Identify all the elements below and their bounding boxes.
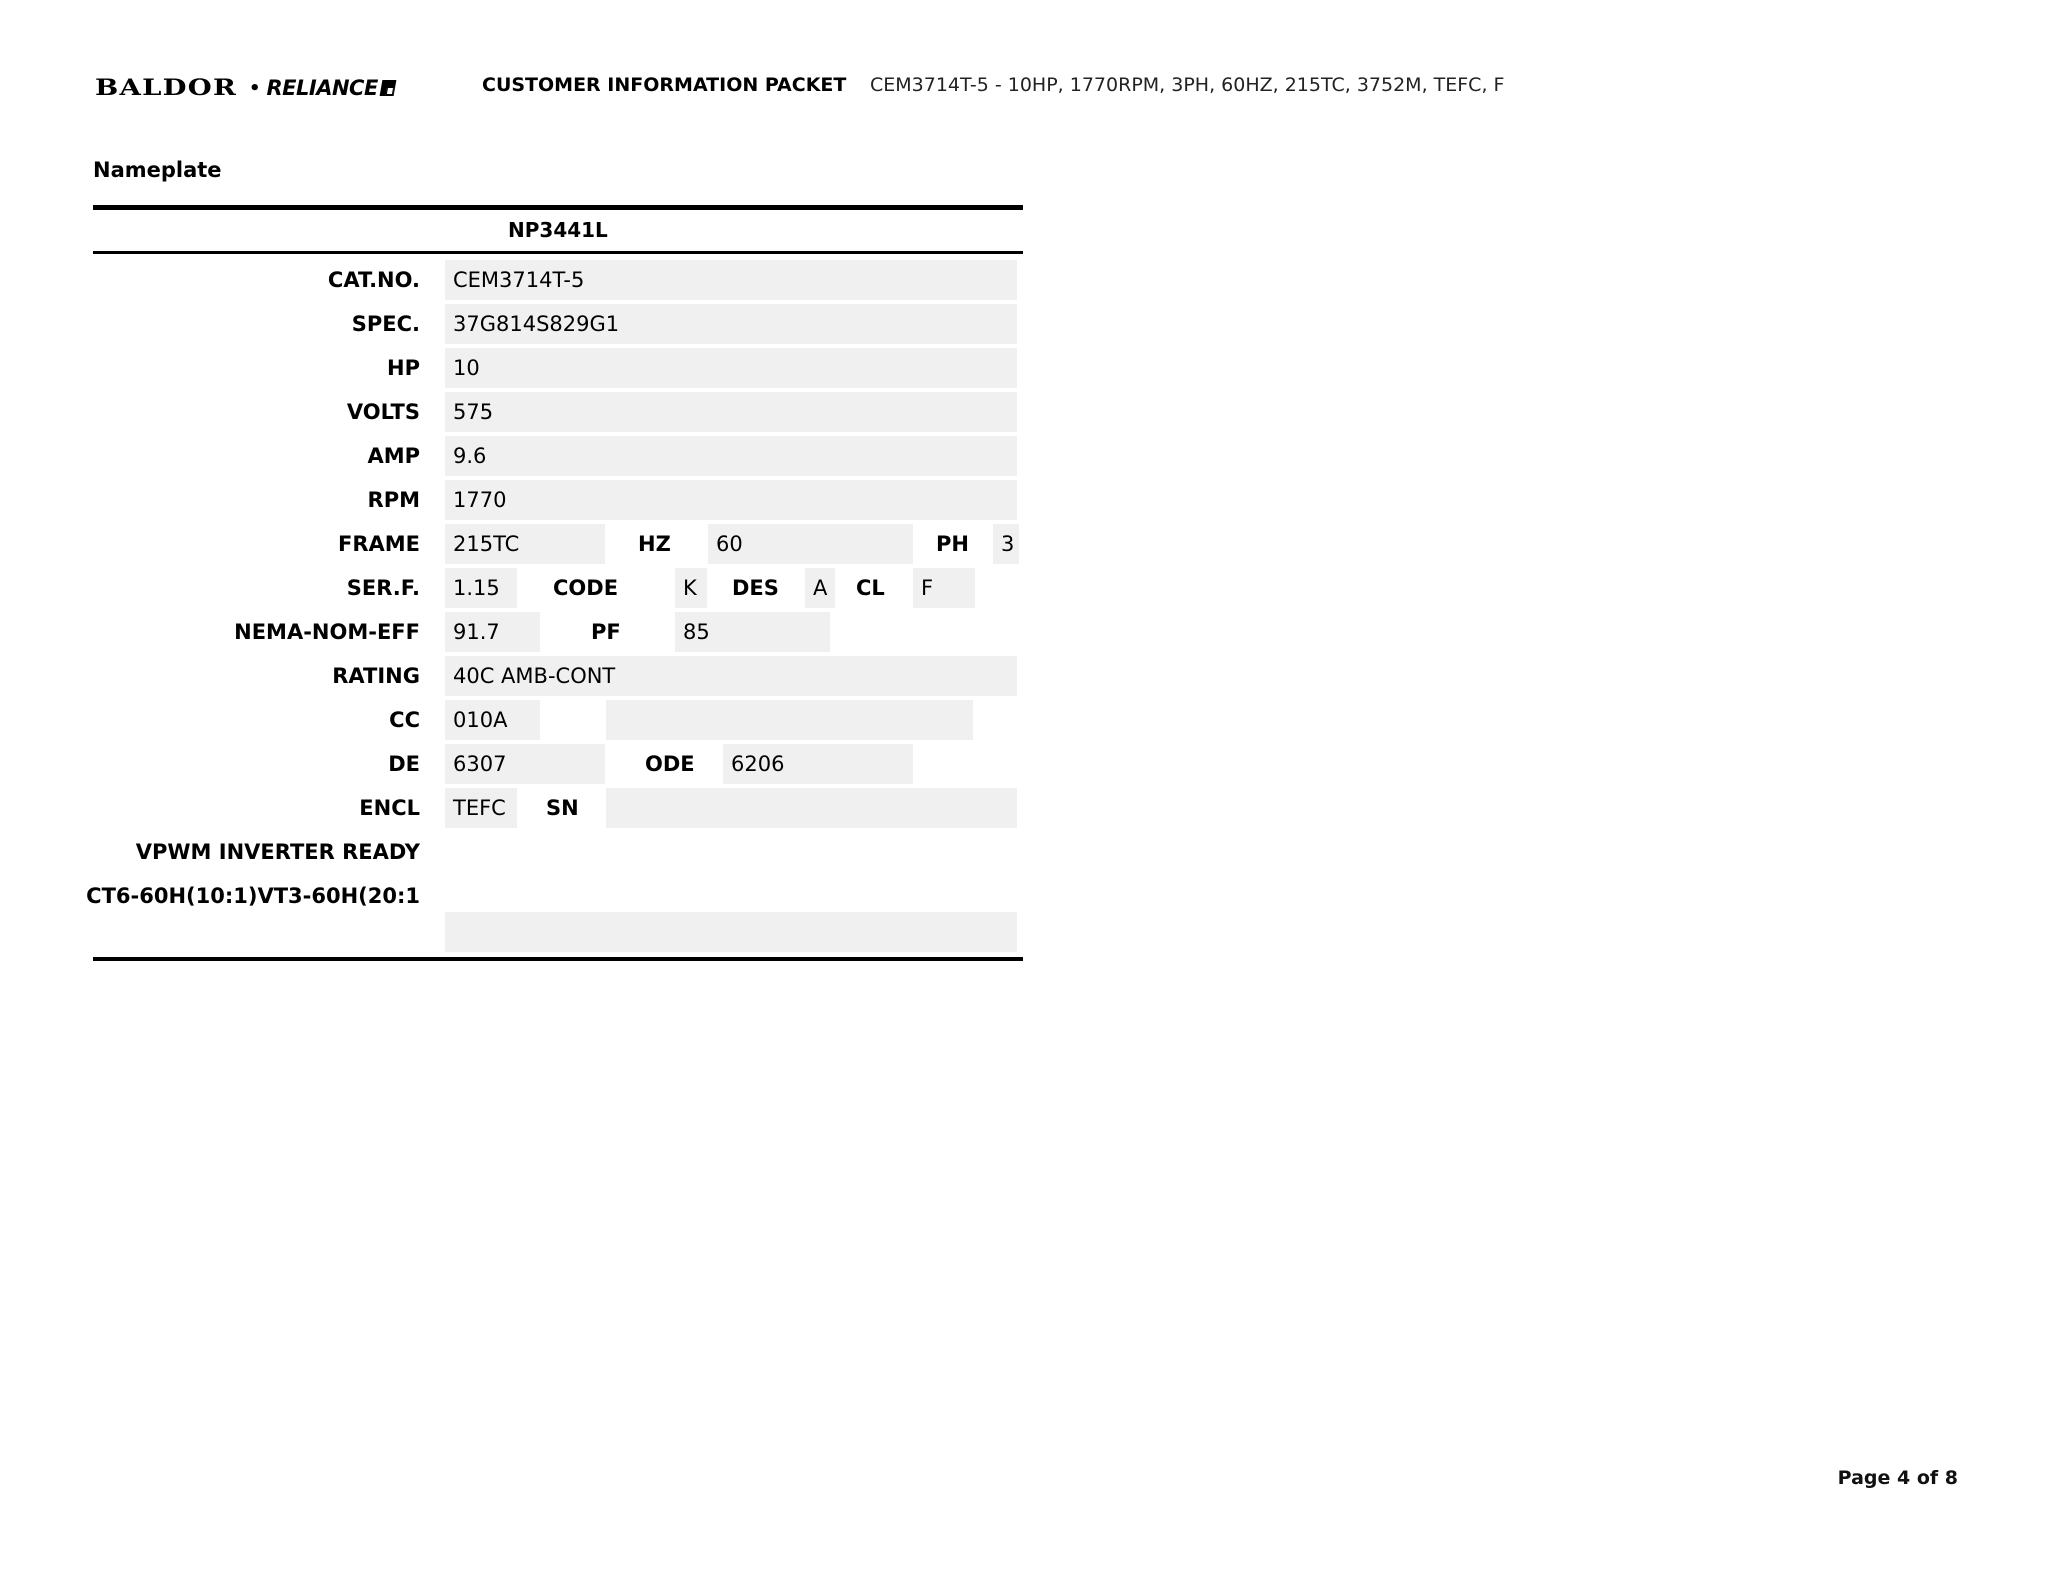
- nameplate-id: NP3441L: [508, 218, 608, 242]
- pf-label: PF: [591, 612, 621, 652]
- row-cc: CC 010A: [93, 700, 1023, 740]
- blank-cell: [445, 912, 1017, 952]
- frame-value: 215TC: [445, 524, 605, 564]
- row-rpm: RPM 1770: [93, 480, 1023, 520]
- row-de: DE 6307 ODE 6206: [93, 744, 1023, 784]
- des-value: A: [805, 568, 835, 608]
- rating-value: 40C AMB-CONT: [445, 656, 1017, 696]
- sn-label: SN: [546, 788, 579, 828]
- hp-value: 10: [445, 348, 1017, 388]
- logo-mark-icon: [379, 80, 396, 96]
- row-hp: HP 10: [93, 348, 1023, 388]
- cc-label: CC: [389, 700, 420, 740]
- product-description: CEM3714T-5 - 10HP, 1770RPM, 3PH, 60HZ, 2…: [870, 74, 1504, 96]
- page-number: Page 4 of 8: [1838, 1467, 1958, 1489]
- spec-label: SPEC.: [352, 304, 420, 344]
- hp-label: HP: [387, 348, 420, 388]
- ph-label: PH: [936, 524, 969, 564]
- row-cat-no: CAT.NO. CEM3714T-5: [93, 260, 1023, 300]
- cl-label: CL: [856, 568, 885, 608]
- baldor-reliance-logo: BALDOR • RELIANCE: [95, 75, 395, 101]
- logo-reliance-text: RELIANCE: [267, 76, 378, 100]
- section-title: Nameplate: [93, 158, 222, 182]
- row-rating: RATING 40C AMB-CONT: [93, 656, 1023, 696]
- row-ser-f: SER.F. 1.15 CODE K DES A CL F: [93, 568, 1023, 608]
- row-encl: ENCL TEFC SN: [93, 788, 1023, 828]
- frame-label: FRAME: [338, 524, 420, 564]
- row-note-ct-vt: CT6-60H(10:1)VT3-60H(20:1: [93, 876, 1023, 916]
- ct-vt-note: CT6-60H(10:1)VT3-60H(20:1: [86, 876, 420, 916]
- table-bottom-rule: [93, 957, 1023, 961]
- cc-extra-cell: [606, 700, 973, 740]
- code-value: K: [675, 568, 707, 608]
- nema-nom-eff-label: NEMA-NOM-EFF: [234, 612, 420, 652]
- ode-label: ODE: [645, 744, 695, 784]
- cc-value: 010A: [445, 700, 540, 740]
- cl-value: F: [913, 568, 975, 608]
- encl-value: TEFC: [445, 788, 517, 828]
- ser-f-value: 1.15: [445, 568, 517, 608]
- de-value: 6307: [445, 744, 605, 784]
- amp-label: AMP: [367, 436, 420, 476]
- ph-value: 3: [993, 524, 1019, 564]
- logo-baldor-text: BALDOR: [95, 75, 283, 101]
- row-frame: FRAME 215TC HZ 60 PH 3: [93, 524, 1023, 564]
- ser-f-label: SER.F.: [347, 568, 420, 608]
- volts-value: 575: [445, 392, 1017, 432]
- hz-value: 60: [708, 524, 913, 564]
- row-note-vpwm: VPWM INVERTER READY: [93, 832, 1023, 872]
- cat-no-value: CEM3714T-5: [445, 260, 1017, 300]
- row-amp: AMP 9.6: [93, 436, 1023, 476]
- spec-value: 37G814S829G1: [445, 304, 1017, 344]
- pf-value: 85: [675, 612, 830, 652]
- row-volts: VOLTS 575: [93, 392, 1023, 432]
- row-blank: [93, 912, 1023, 952]
- nema-nom-eff-value: 91.7: [445, 612, 540, 652]
- table-header-rule: [93, 251, 1023, 254]
- row-spec: SPEC. 37G814S829G1: [93, 304, 1023, 344]
- document-header: BALDOR • RELIANCE CUSTOMER INFORMATION P…: [95, 72, 395, 104]
- volts-label: VOLTS: [347, 392, 420, 432]
- code-label: CODE: [553, 568, 618, 608]
- des-label: DES: [732, 568, 779, 608]
- encl-label: ENCL: [359, 788, 420, 828]
- ode-value: 6206: [723, 744, 913, 784]
- packet-title: CUSTOMER INFORMATION PACKET: [482, 74, 846, 96]
- hz-label: HZ: [638, 524, 671, 564]
- cat-no-label: CAT.NO.: [328, 260, 420, 300]
- rating-label: RATING: [332, 656, 420, 696]
- table-top-rule: [93, 205, 1023, 210]
- amp-value: 9.6: [445, 436, 1017, 476]
- rpm-value: 1770: [445, 480, 1017, 520]
- de-label: DE: [388, 744, 420, 784]
- sn-value: [606, 788, 1017, 828]
- row-nema-nom-eff: NEMA-NOM-EFF 91.7 PF 85: [93, 612, 1023, 652]
- rpm-label: RPM: [368, 480, 420, 520]
- vpwm-note: VPWM INVERTER READY: [136, 832, 420, 872]
